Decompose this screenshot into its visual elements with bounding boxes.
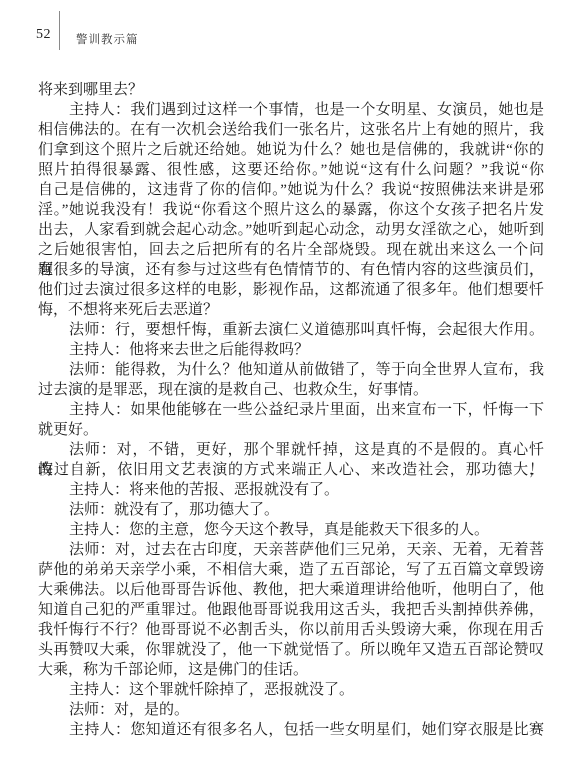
- text-line: 之后她很害怕，回去之后把所有的名片全部烧毁。现在就出来这么一个问题，: [38, 240, 544, 260]
- text-line: 将来到哪里去？: [38, 80, 544, 100]
- text-line: 知道自己犯的严重罪过。他跟他哥哥说我用这舌头，我把舌头割掉供养佛，: [38, 600, 544, 620]
- text-line: 主持人：如果他能够在一些公益纪录片里面，出来宣布一下，忏悔一下: [38, 400, 544, 420]
- text-line: 法师：对，过去在古印度，天亲菩萨他们三兄弟，天亲、无着，无着菩: [38, 540, 544, 560]
- text-line: 法师：行，要想忏悔，重新去演仁义道德那叫真忏悔，会起很大作用。: [38, 320, 544, 340]
- text-line: 自己是信佛的，这违背了你的信仰。”她说为什么？我说“按照佛法来讲是邪: [38, 180, 544, 200]
- text-line: 改过自新，依旧用文艺表演的方式来端正人心、来改造社会，那功德大！: [38, 460, 544, 480]
- text-line: 大乘佛法。以后他哥哥告诉他、教他，把大乘道理讲给他听，他明白了，他: [38, 580, 544, 600]
- chapter-title: 警训教示篇: [76, 31, 139, 47]
- text-line: 萨他的弟弟天亲学小乘，不相信大乘，造了五百部论，写了五百篇文章毁谤: [38, 560, 544, 580]
- header-divider: [59, 11, 60, 50]
- text-line: 主持人：您的主意，您今天这个教导，真是能救天下很多的人。: [38, 520, 544, 540]
- text-line: 们拿到这个照片之后就还给她。她说为什么？她也是信佛的，我就讲“你的: [38, 140, 544, 160]
- text-line: 主持人：这个罪就忏除掉了，恶报就没了。: [38, 680, 544, 700]
- text-line: 法师：对，不错，更好，那个罪就忏掉，这是真的不是假的。真心忏悔，: [38, 440, 544, 460]
- text-line: 法师：能得救，为什么？他知道从前做错了，等于向全世界人宣布，我: [38, 360, 544, 380]
- text-line: 相信佛法的。在有一次机会送给我们一张名片，这张名片上有她的照片，我: [38, 120, 544, 140]
- text-line: 主持人：他将来去世之后能得救吗？: [38, 340, 544, 360]
- text-line: 出去，人家看到就会起心动念。”她听到起心动念，动男女淫欲之心，她听到: [38, 220, 544, 240]
- text-line: 法师：对，是的。: [38, 700, 544, 720]
- text-line: 悔，不想将来死后去恶道？: [38, 300, 544, 320]
- text-line: 有很多的导演，还有参与过这些有色情情节的、有色情内容的这些演员们，: [38, 260, 544, 280]
- text-line: 淫。”她说我没有！我说“你看这个照片这么的暴露，你这个女孩子把名片发: [38, 200, 544, 220]
- text-line: 主持人：您知道还有很多名人，包括一些女明星们，她们穿衣服是比赛: [38, 720, 544, 740]
- text-line: 照片拍得很暴露、很性感，这要还给你。”她说“这有什么问题？”我说“你: [38, 160, 544, 180]
- text-line: 就更好。: [38, 420, 544, 440]
- book-page: 52 警训教示篇 将来到哪里去？主持人：我们遇到过这样一个事情，也是一个女明星、…: [0, 0, 580, 765]
- text-line: 头再赞叹大乘，你罪就没了，他一下就觉悟了。所以晚年又造五百部论赞叹: [38, 640, 544, 660]
- text-line: 主持人：我们遇到过这样一个事情，也是一个女明星、女演员，她也是: [38, 100, 544, 120]
- text-line: 我忏悔行不行？他哥哥说不必割舌头，你以前用舌头毁谤大乘，你现在用舌: [38, 620, 544, 640]
- page-number: 52: [36, 27, 51, 43]
- text-line: 法师：就没有了，那功德大了。: [38, 500, 544, 520]
- text-line: 大乘，称为千部论师，这是佛门的佳话。: [38, 660, 544, 680]
- text-line: 过去演的是罪恶，现在演的是救自己、也救众生，好事情。: [38, 380, 544, 400]
- text-line: 他们过去演过很多这样的电影，影视作品，这都流通了很多年。他们想要忏: [38, 280, 544, 300]
- body-text: 将来到哪里去？主持人：我们遇到过这样一个事情，也是一个女明星、女演员，她也是相信…: [38, 80, 544, 740]
- text-line: 主持人：将来他的苦报、恶报就没有了。: [38, 480, 544, 500]
